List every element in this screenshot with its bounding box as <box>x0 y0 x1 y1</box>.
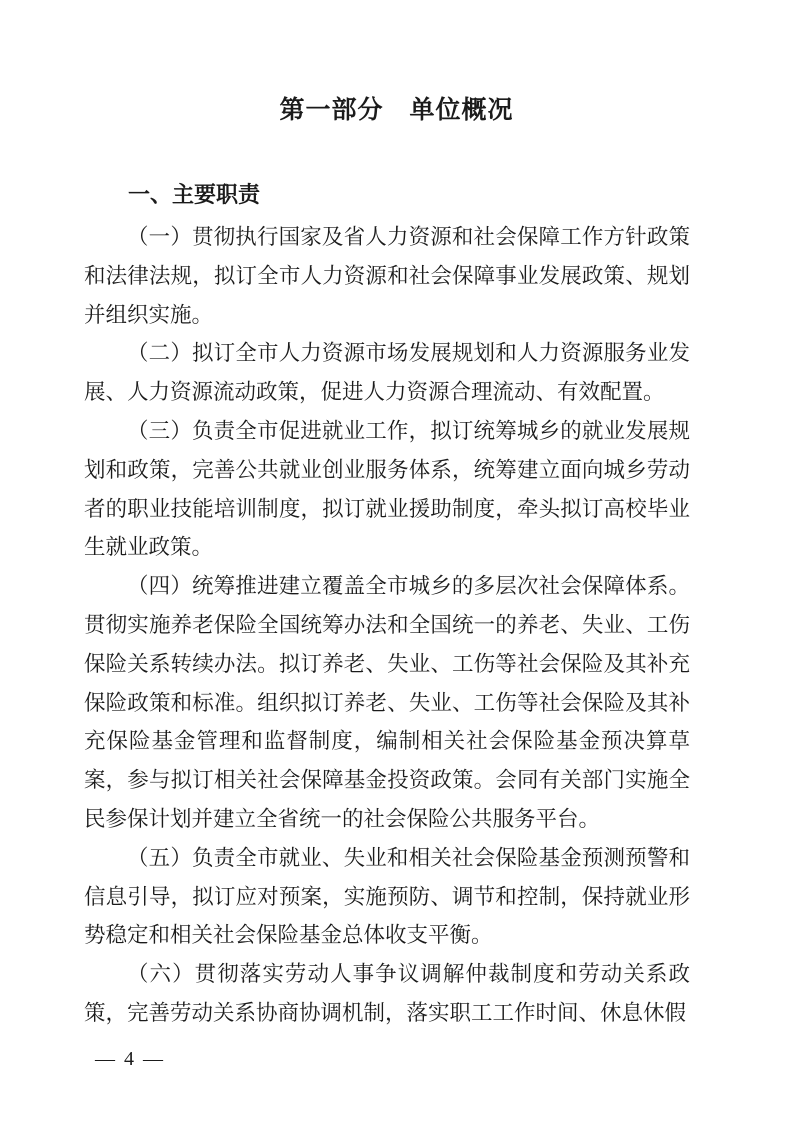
paragraph-5: （五）负责全市就业、失业和相关社会保险基金预测预警和信息引导，拟订应对预案，实施… <box>84 839 690 955</box>
document-body: （一）贯彻执行国家及省人力资源和社会保障工作方针政策和法律法规，拟订全市人力资源… <box>84 218 690 1033</box>
paragraph-3: （三）负责全市促进就业工作，拟订统筹城乡的就业发展规划和政策，完善公共就业创业服… <box>84 412 690 567</box>
paragraph-2: （二）拟订全市人力资源市场发展规划和人力资源服务业发展、人力资源流动政策，促进人… <box>84 334 690 412</box>
document-page: 第一部分 单位概况 一、主要职责 （一）贯彻执行国家及省人力资源和社会保障工作方… <box>0 0 793 1122</box>
paragraph-6: （六）贯彻落实劳动人事争议调解仲裁制度和劳动关系政策，完善劳动关系协商协调机制，… <box>84 955 690 1033</box>
paragraph-4: （四）统筹推进建立覆盖全市城乡的多层次社会保障体系。贯彻实施养老保险全国统筹办法… <box>84 567 690 839</box>
section-heading: 一、主要职责 <box>84 180 690 210</box>
page-number: — 4 — <box>95 1046 165 1072</box>
paragraph-1: （一）贯彻执行国家及省人力资源和社会保障工作方针政策和法律法规，拟订全市人力资源… <box>84 218 690 334</box>
document-title: 第一部分 单位概况 <box>0 94 793 128</box>
